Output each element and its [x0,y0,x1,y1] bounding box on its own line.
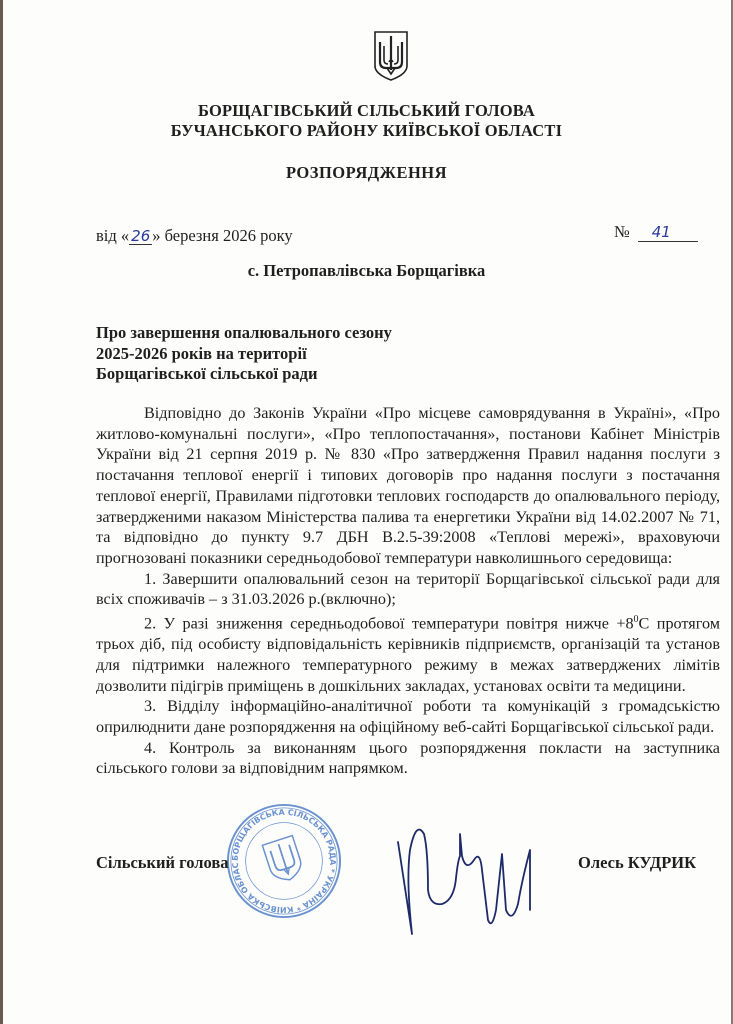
document-number: №41 [614,222,698,242]
document-subject: Про завершення опалювального сезону 2025… [96,323,392,385]
scan-edge-left [0,0,3,1024]
subject-line-1: Про завершення опалювального сезону [96,323,392,344]
subject-line-2: 2025-2026 років на території [96,344,392,365]
preamble-paragraph: Відповідно до Законів України «Про місце… [96,403,720,569]
signatory-position: Сільський голова [96,853,229,873]
item-2: 2. У разі зниження середньодобової темпе… [96,610,720,696]
date-day-handwritten: 26 [129,228,152,245]
document-date: від «26» березня 2026 року [96,226,293,246]
item-3: 3. Відділу інформаційно-аналітичної робо… [96,696,720,737]
item-2-text-start: 2. У разі зниження середньодобової темпе… [144,614,634,632]
date-prefix: від « [96,226,129,245]
number-label: № [614,222,630,241]
official-stamp-icon: БОРЩАГІВСЬКА СІЛЬСЬКА РАДА * УКРАЇНА * К… [225,802,343,920]
subject-line-3: Борщагівської сільської ради [96,364,392,385]
item-1: 1. Завершити опалювальний сезон на терит… [96,569,720,610]
document-body: Відповідно до Законів України «Про місце… [96,403,720,779]
document-place: с. Петропавлівська Борщагівка [0,261,733,281]
item-4: 4. Контроль за виконанням цього розпоряд… [96,738,720,779]
number-value-handwritten: 41 [638,223,698,242]
coat-of-arms-of-ukraine-icon [373,30,409,82]
header-line-1: БОРЩАГІВСЬКИЙ СІЛЬСЬКИЙ ГОЛОВА [0,101,733,121]
date-suffix: » березня 2026 року [152,226,292,245]
handwritten-signature [384,820,534,940]
document-title: РОЗПОРЯДЖЕННЯ [0,163,733,183]
header-line-2: БУЧАНСЬКОГО РАЙОНУ КИЇВСЬКОЇ ОБЛАСТІ [0,121,733,141]
signatory-name: Олесь КУДРИК [578,853,696,873]
